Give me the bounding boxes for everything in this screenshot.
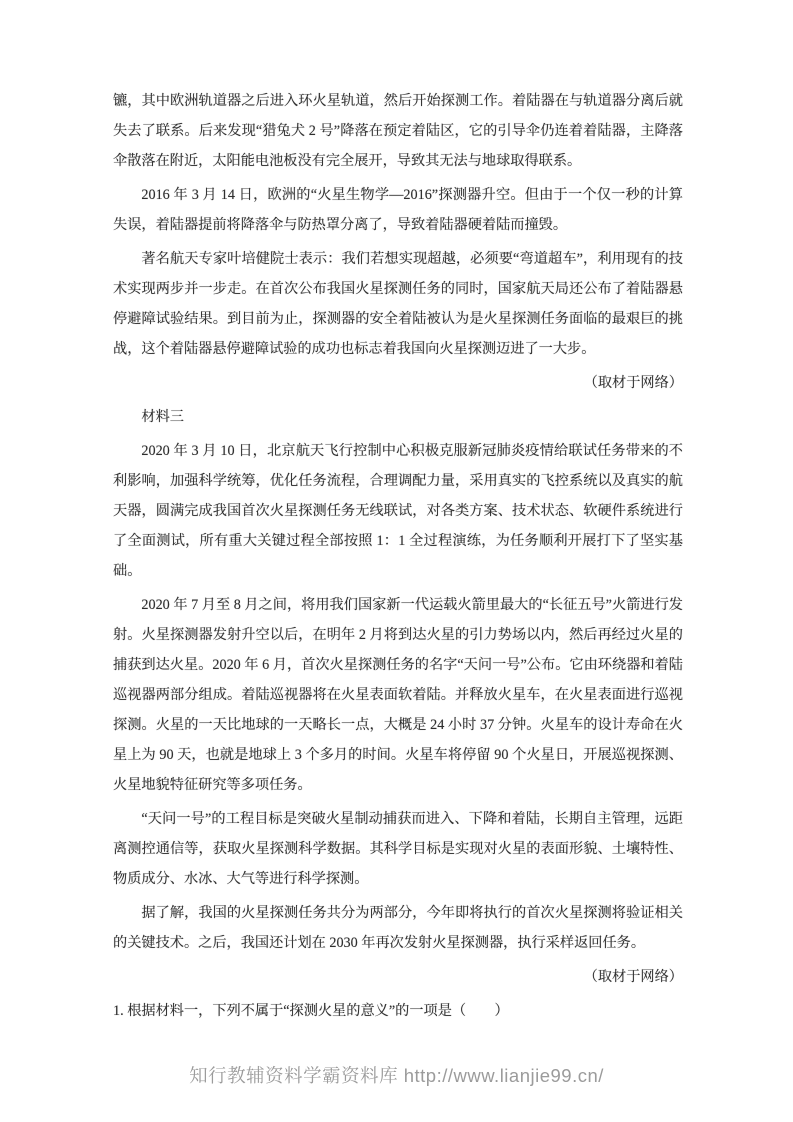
paragraph-tianwen-goals: “天问一号”的工程目标是突破火星制动捕获而进入、下降和着陆，长期自主管理，远距离… [113,804,683,894]
paragraph-exomars-2016: 2016 年 3 月 14 日，欧洲的“火星生物学—2016”探测器升空。但由于… [113,180,683,240]
document-body: 镳，其中欧洲轨道器之后进入环火星轨道，然后开始探测工作。着陆器在与轨道器分离后就… [113,86,683,1030]
question-1: 1. 根据材料一，下列不属于“探测火星的意义”的一项是（ ） [113,996,683,1026]
paragraph-joint-test: 2020 年 3 月 10 日，北京航天飞行控制中心积极克服新冠肺炎疫情给联试任… [113,436,683,586]
paragraph-launch-plan: 2020 年 7 月至 8 月之间，将用我们国家新一代运载火箭里最大的“长征五号… [113,590,683,800]
section-heading-material3: 材料三 [113,402,683,432]
source-attribution: （取材于网络） [113,962,683,992]
source-attribution: （取材于网络） [113,368,683,398]
paragraph-material2-continuation: 镳，其中欧洲轨道器之后进入环火星轨道，然后开始探测工作。着陆器在与轨道器分离后就… [113,86,683,176]
paragraph-expert-comment: 著名航天专家叶培健院士表示：我们若想实现超越，必须要“弯道超车”，利用现有的技术… [113,244,683,364]
document-page: 镳，其中欧洲轨道器之后进入环火星轨道，然后开始探测工作。着陆器在与轨道器分离后就… [0,0,793,1122]
paragraph-mission-two-parts: 据了解，我国的火星探测任务共分为两部分，今年即将执行的首次火星探测将验证相关的关… [113,898,683,958]
watermark-footer: 知行教辅资料学霸资料库 http://www.lianjie99.cn/ [0,1062,793,1088]
